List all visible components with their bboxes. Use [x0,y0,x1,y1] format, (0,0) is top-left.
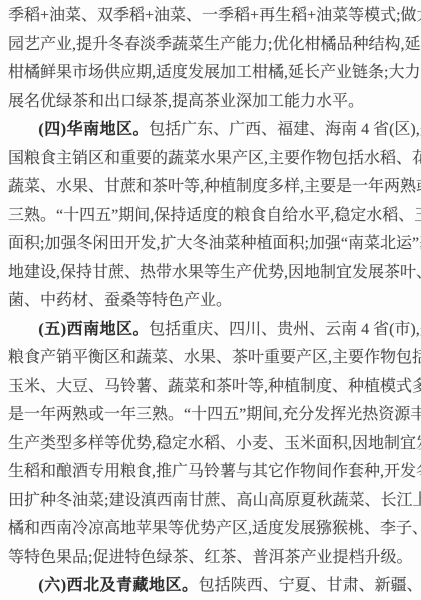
text-run: 菌、中药材、蚕桑等特色产业。 [8,292,232,309]
text-run: 包括重庆、四川、贵州、云南 4 省(市),是我国 [149,321,421,338]
text-line: 粮食产销平衡区和蔬菜、水果、茶叶重要产区,主要作物包括水稻、 [8,344,412,373]
section-heading: (六)西北及青藏地区。 [38,577,198,594]
text-line: 面积;加强冬闲田开发,扩大冬油菜种植面积;加强“南菜北运”基 [8,230,412,259]
text-run: 包括陕西、宁夏、甘肃、新疆、青海、西 [199,577,421,594]
text-line: 橘和西南冷凉高地苹果等优势产区,适度发展猕猴桃、李子、小浆果 [8,515,412,544]
text-run: 生稻和酿酒专用粮食,推广马铃薯与其它作物间作套种,开发冬闲 [8,463,421,480]
text-run: 是一年两熟或一年三熟。“十四五”期间,充分发挥光热资源丰富、 [8,406,421,423]
text-run: 玉米、大豆、马铃薯、蔬菜和茶叶等,种植制度、种植模式多样,主要 [8,378,421,395]
text-line: 园艺产业,提升冬春淡季蔬菜生产能力;优化柑橘品种结构,延长 [8,31,412,60]
text-line: 国粮食主销区和重要的蔬菜水果产区,主要作物包括水稻、花生、 [8,145,412,174]
text-line: (五)西南地区。包括重庆、四川、贵州、云南 4 省(市),是我国 [8,316,412,345]
text-line: 三熟。“十四五”期间,保持适度的粮食自给水平,稳定水稻、玉米 [8,202,412,231]
document-page: 季稻+油菜、双季稻+油菜、一季稻+再生稻+油菜等模式;做大做强园艺产业,提升冬春… [0,0,421,600]
text-run: 包括广东、广西、福建、海南 4 省(区),是我 [149,121,421,138]
text-run: 园艺产业,提升冬春淡季蔬菜生产能力;优化柑橘品种结构,延长 [8,36,421,53]
text-run: 三熟。“十四五”期间,保持适度的粮食自给水平,稳定水稻、玉米 [8,207,421,224]
text-line: 展名优绿茶和出口绿茶,提高茶业深加工能力水平。 [8,88,412,117]
text-run: 季稻+油菜、双季稻+油菜、一季稻+再生稻+油菜等模式;做大做强 [8,7,421,24]
text-line: 是一年两熟或一年三熟。“十四五”期间,充分发挥光热资源丰富、 [8,401,412,430]
text-line: (六)西北及青藏地区。包括陕西、宁夏、甘肃、新疆、青海、西 [8,572,412,600]
text-line: 玉米、大豆、马铃薯、蔬菜和茶叶等,种植制度、种植模式多样,主要 [8,373,412,402]
text-line: 柑橘鲜果市场供应期,适度发展加工柑橘,延长产业链条;大力发 [8,59,412,88]
text-line: 蔬菜、水果、甘蔗和茶叶等,种植制度多样,主要是一年两熟或一年 [8,173,412,202]
text-run: 柑橘鲜果市场供应期,适度发展加工柑橘,延长产业链条;大力发 [8,64,421,81]
text-line: 地建设,保持甘蔗、热带水果等生产优势,因地制宜发展茶叶、食用 [8,259,412,288]
text-run: 展名优绿茶和出口绿茶,提高茶业深加工能力水平。 [8,93,364,110]
text-line: 季稻+油菜、双季稻+油菜、一季稻+再生稻+油菜等模式;做大做强 [8,2,412,31]
text-run: 橘和西南冷凉高地苹果等优势产区,适度发展猕猴桃、李子、小浆果 [8,520,421,537]
text-line: 田扩种冬油菜;建设滇西南甘蔗、高山高原夏秋蔬菜、长江上中游柑 [8,487,412,516]
text-line: (四)华南地区。包括广东、广西、福建、海南 4 省(区),是我 [8,116,412,145]
text-line: 菌、中药材、蚕桑等特色产业。 [8,287,412,316]
document-body: 季稻+油菜、双季稻+油菜、一季稻+再生稻+油菜等模式;做大做强园艺产业,提升冬春… [8,2,412,600]
text-run: 粮食产销平衡区和蔬菜、水果、茶叶重要产区,主要作物包括水稻、 [8,349,421,366]
text-line: 等特色果品;促进特色绿茶、红茶、普洱茶产业提档升级。 [8,544,412,573]
text-run: 地建设,保持甘蔗、热带水果等生产优势,因地制宜发展茶叶、食用 [8,264,421,281]
text-run: 等特色果品;促进特色绿茶、红茶、普洱茶产业提档升级。 [8,549,412,566]
section-heading: (五)西南地区。 [38,321,149,338]
text-run: 田扩种冬油菜;建设滇西南甘蔗、高山高原夏秋蔬菜、长江上中游柑 [8,492,421,509]
text-run: 面积;加强冬闲田开发,扩大冬油菜种植面积;加强“南菜北运”基 [8,235,421,252]
text-run: 生产类型多样等优势,稳定水稻、小麦、玉米面积,因地制宜发展再 [8,435,421,452]
section-heading: (四)华南地区。 [38,121,149,138]
text-run: 国粮食主销区和重要的蔬菜水果产区,主要作物包括水稻、花生、 [8,150,421,167]
text-run: 蔬菜、水果、甘蔗和茶叶等,种植制度多样,主要是一年两熟或一年 [8,178,421,195]
text-line: 生稻和酿酒专用粮食,推广马铃薯与其它作物间作套种,开发冬闲 [8,458,412,487]
text-line: 生产类型多样等优势,稳定水稻、小麦、玉米面积,因地制宜发展再 [8,430,412,459]
